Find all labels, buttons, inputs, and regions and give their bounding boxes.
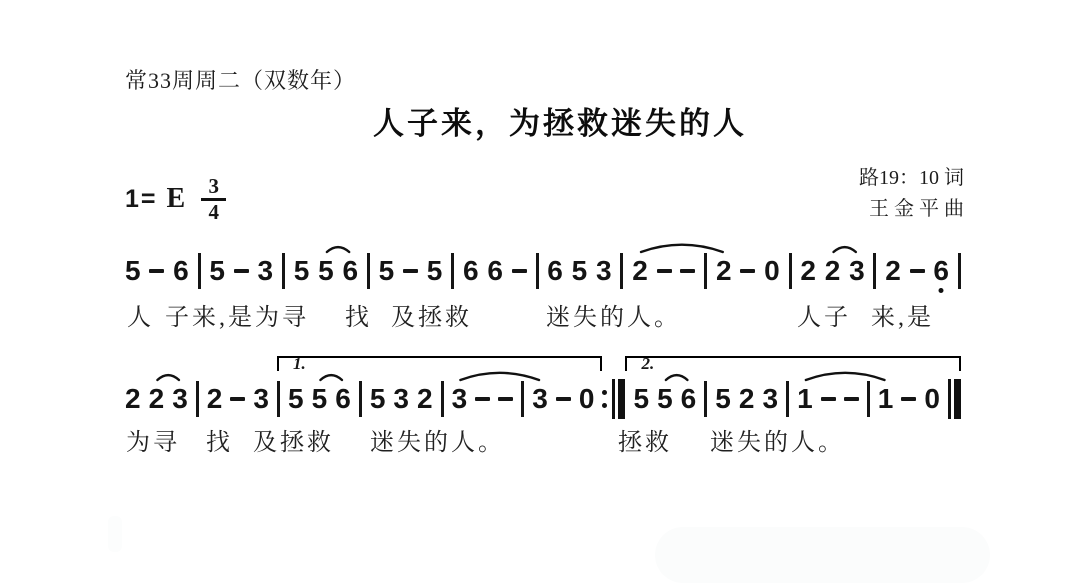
credits-block: 路19：10 词 王 金 平 曲 (859, 163, 964, 225)
lyric-segment: 迷失的人。 (370, 422, 505, 457)
barline (359, 381, 362, 417)
barline (789, 253, 792, 289)
lyric-segment: 人子 (797, 297, 851, 332)
note-6: 6 (463, 257, 479, 285)
volta-bracket-1: 1. (277, 356, 602, 371)
barline (451, 253, 454, 289)
tonic-note: E (167, 183, 186, 215)
barline (521, 381, 524, 417)
barline (958, 253, 961, 289)
slur-tie (460, 373, 539, 380)
barline (282, 253, 285, 289)
lyric-segment: 拯救 (618, 422, 672, 457)
slur-layer-1 (125, 233, 961, 255)
lyric-segment: 找 (345, 297, 372, 332)
note-6: 6 (335, 385, 351, 413)
note-3: 3 (762, 385, 778, 413)
lyrics-line-1: 人子来,是为寻找及拯救迷失的人。人子来,是 (125, 297, 1025, 327)
lyric-segment: 迷失的人。 (546, 297, 681, 332)
note-1: 1 (797, 385, 813, 413)
note-0: 0 (764, 257, 780, 285)
note-2: 2 (739, 385, 755, 413)
lyric-segment: 子来,是为寻 (165, 297, 309, 332)
barline (620, 253, 623, 289)
duration-dash (512, 269, 527, 273)
tonic-prefix: 1= (125, 185, 158, 214)
slur-tie (833, 247, 855, 252)
lyric-segment: 来,是 (871, 297, 934, 332)
barline (196, 381, 199, 417)
token-row: 5653556556665322022326 (125, 250, 961, 292)
note-3: 3 (172, 385, 188, 413)
slur-tie (327, 247, 349, 252)
lectionary-header: 常33周周二（双数年） (125, 64, 356, 95)
composer-credit: 王 金 平 曲 (859, 194, 964, 225)
slur-tie (157, 375, 179, 380)
note-3: 3 (393, 385, 409, 413)
duration-dash (901, 397, 916, 401)
duration-dash (556, 397, 571, 401)
note-6: 6 (173, 257, 189, 285)
note-5: 5 (427, 257, 443, 285)
note-2: 2 (417, 385, 433, 413)
note-5: 5 (572, 257, 588, 285)
meter-denominator: 4 (208, 202, 219, 223)
music-line-1: 5653556556665322022326 (125, 250, 961, 292)
faint-watermark (655, 527, 990, 583)
note-2: 2 (632, 257, 648, 285)
note-6: 6 (342, 257, 358, 285)
song-title: 人子来，为拯救迷失的人 (0, 98, 1084, 143)
slur-tie (806, 373, 885, 380)
note-5: 5 (209, 257, 225, 285)
note-5: 5 (318, 257, 334, 285)
slur-tie (666, 375, 688, 380)
lyricist-credit: 路19：10 词 (859, 163, 964, 194)
lyric-segment: 迷失的人。 (710, 422, 845, 457)
note-0: 0 (579, 385, 595, 413)
slur-tie (320, 375, 342, 380)
note-5: 5 (288, 385, 304, 413)
volta-bracket-2: 2. (625, 356, 960, 371)
lyric-segment: 及拯救 (391, 297, 472, 332)
note-2: 2 (716, 257, 732, 285)
note-3: 3 (452, 385, 468, 413)
repeat-dots (602, 390, 607, 408)
slur-tie (641, 245, 723, 252)
barline (277, 381, 280, 417)
barline (786, 381, 789, 417)
faint-smudge (108, 516, 122, 552)
duration-dash (498, 397, 513, 401)
final-barline (948, 379, 961, 419)
note-5: 5 (312, 385, 328, 413)
lyric-segment: 人 (127, 297, 154, 332)
note-2: 2 (800, 257, 816, 285)
note-3: 3 (532, 385, 548, 413)
token-row: 22323556532330556523110 (125, 378, 961, 420)
duration-dash (230, 397, 245, 401)
barline (441, 381, 444, 417)
barline (367, 253, 370, 289)
note-6: 6 (681, 385, 697, 413)
note-5: 5 (370, 385, 386, 413)
note-2: 2 (125, 385, 141, 413)
key-signature: 1= E 3 4 (125, 176, 226, 222)
note-2: 2 (825, 257, 841, 285)
barline (704, 253, 707, 289)
duration-dash (844, 397, 859, 401)
duration-dash (403, 269, 418, 273)
duration-dash (234, 269, 249, 273)
note-5: 5 (294, 257, 310, 285)
note-2: 2 (885, 257, 901, 285)
duration-dash (475, 397, 490, 401)
note-3: 3 (596, 257, 612, 285)
note-5: 5 (379, 257, 395, 285)
lyrics-line-2: 为寻找及拯救迷失的人。拯救迷失的人。 (125, 422, 1025, 452)
duration-dash (657, 269, 672, 273)
note-3: 3 (849, 257, 865, 285)
sheet-page: { "page": { "header": "常33周周二（双数年）", "ti… (0, 0, 1084, 585)
note-0: 0 (924, 385, 940, 413)
lyric-segment: 及拯救 (253, 422, 334, 457)
music-line-2: 22323556532330556523110 1.2. (125, 378, 961, 420)
note-2: 2 (207, 385, 223, 413)
note-5: 5 (633, 385, 649, 413)
time-signature: 3 4 (201, 176, 226, 223)
note-5: 5 (657, 385, 673, 413)
note-3: 3 (258, 257, 274, 285)
note-1: 1 (878, 385, 894, 413)
barline (873, 253, 876, 289)
repeat-end-barline (602, 379, 625, 419)
meter-numerator: 3 (208, 176, 219, 197)
volta-label: 2. (641, 354, 654, 374)
note-6: 6 (487, 257, 503, 285)
note-3: 3 (253, 385, 269, 413)
note-5: 5 (125, 257, 141, 285)
lyric-segment: 为寻 (126, 422, 180, 457)
duration-dash (680, 269, 695, 273)
volta-label: 1. (293, 354, 306, 374)
lyric-segment: 找 (206, 422, 233, 457)
barline (536, 253, 539, 289)
duration-dash (910, 269, 925, 273)
duration-dash (740, 269, 755, 273)
barline (867, 381, 870, 417)
duration-dash (149, 269, 164, 273)
barline (198, 253, 201, 289)
duration-dash (821, 397, 836, 401)
note-6-low-octave: 6 (933, 257, 949, 285)
note-2: 2 (149, 385, 165, 413)
barline (704, 381, 707, 417)
note-6: 6 (547, 257, 563, 285)
note-5: 5 (715, 385, 731, 413)
